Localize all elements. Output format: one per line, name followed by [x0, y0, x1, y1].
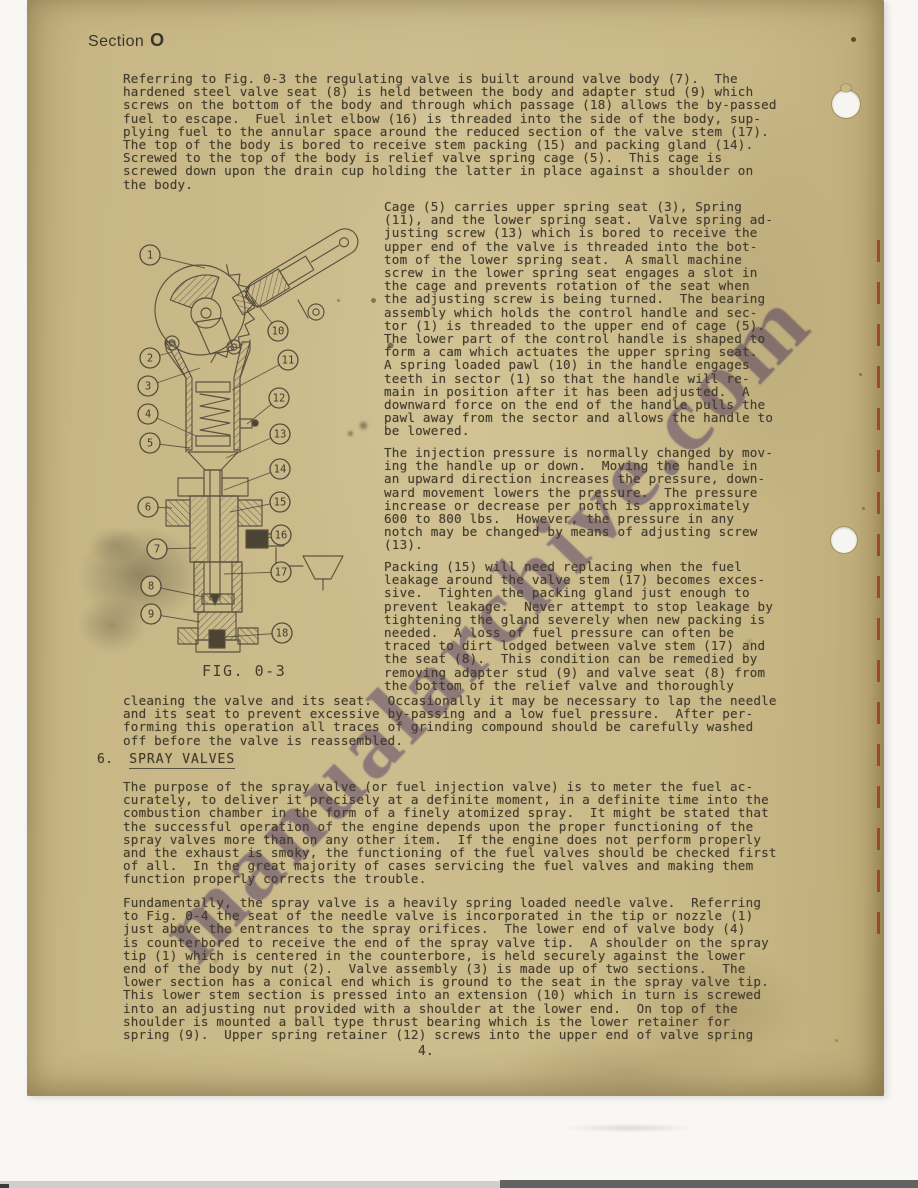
svg-text:18: 18 [276, 628, 289, 640]
svg-text:10: 10 [272, 326, 285, 338]
section-letter: O [150, 30, 164, 50]
scan-bottom-bar-dark [500, 1180, 918, 1188]
spray-valves-paragraph-2: Fundamentally, the spray valve is a heav… [123, 896, 769, 1041]
regulating-valve-diagram: 123456789101112131415161718 FIG. 0-3 [135, 218, 385, 680]
svg-text:11: 11 [282, 355, 295, 367]
scan-corner-mark [0, 1184, 9, 1188]
heading-number: 6. [97, 752, 113, 767]
svg-text:6: 6 [145, 502, 151, 514]
paper-specks [0, 0, 3, 3]
svg-text:3: 3 [145, 381, 151, 393]
svg-text:2: 2 [147, 353, 153, 365]
scanned-page: manualarchive.com SectionO Referring to … [0, 0, 918, 1188]
svg-text:13: 13 [274, 429, 287, 441]
scan-bottom-bar-light [0, 1181, 500, 1188]
heading-title: SPRAY VALVES [129, 752, 235, 769]
punch-hole-middle [831, 527, 857, 553]
section-label: Section [88, 33, 144, 50]
svg-text:1: 1 [147, 250, 153, 262]
svg-text:9: 9 [148, 609, 154, 621]
cleaning-paragraph: cleaning the valve and its seat. Occasio… [123, 694, 777, 747]
figure-caption: FIG. 0-3 [202, 662, 286, 680]
svg-text:12: 12 [273, 393, 286, 405]
section-header: SectionO [88, 30, 165, 51]
svg-text:7: 7 [154, 544, 160, 556]
punch-hole-top [832, 90, 860, 118]
svg-text:8: 8 [148, 581, 154, 593]
svg-text:15: 15 [274, 497, 287, 509]
svg-text:14: 14 [274, 464, 287, 476]
cage-paragraph: Cage (5) carries upper spring seat (3), … [384, 200, 773, 438]
intro-paragraph: Referring to Fig. 0-3 the regulating val… [123, 72, 777, 191]
page-number: 4. [418, 1044, 434, 1059]
injection-pressure-paragraph: The injection pressure is normally chang… [384, 446, 773, 552]
svg-text:16: 16 [275, 530, 288, 542]
punch-hole-chad [841, 84, 851, 92]
svg-text:4: 4 [145, 409, 151, 421]
svg-text:5: 5 [147, 438, 153, 450]
spray-valves-paragraph-1: The purpose of the spray valve (or fuel … [123, 780, 777, 886]
handle-bracket [298, 300, 324, 320]
red-edge-line [877, 240, 880, 952]
svg-text:17: 17 [275, 567, 288, 579]
valve-body [166, 340, 343, 652]
packing-paragraph: Packing (15) will need replacing when th… [384, 560, 773, 692]
control-handle [231, 224, 363, 317]
spray-valves-heading: 6.SPRAY VALVES [97, 752, 235, 767]
